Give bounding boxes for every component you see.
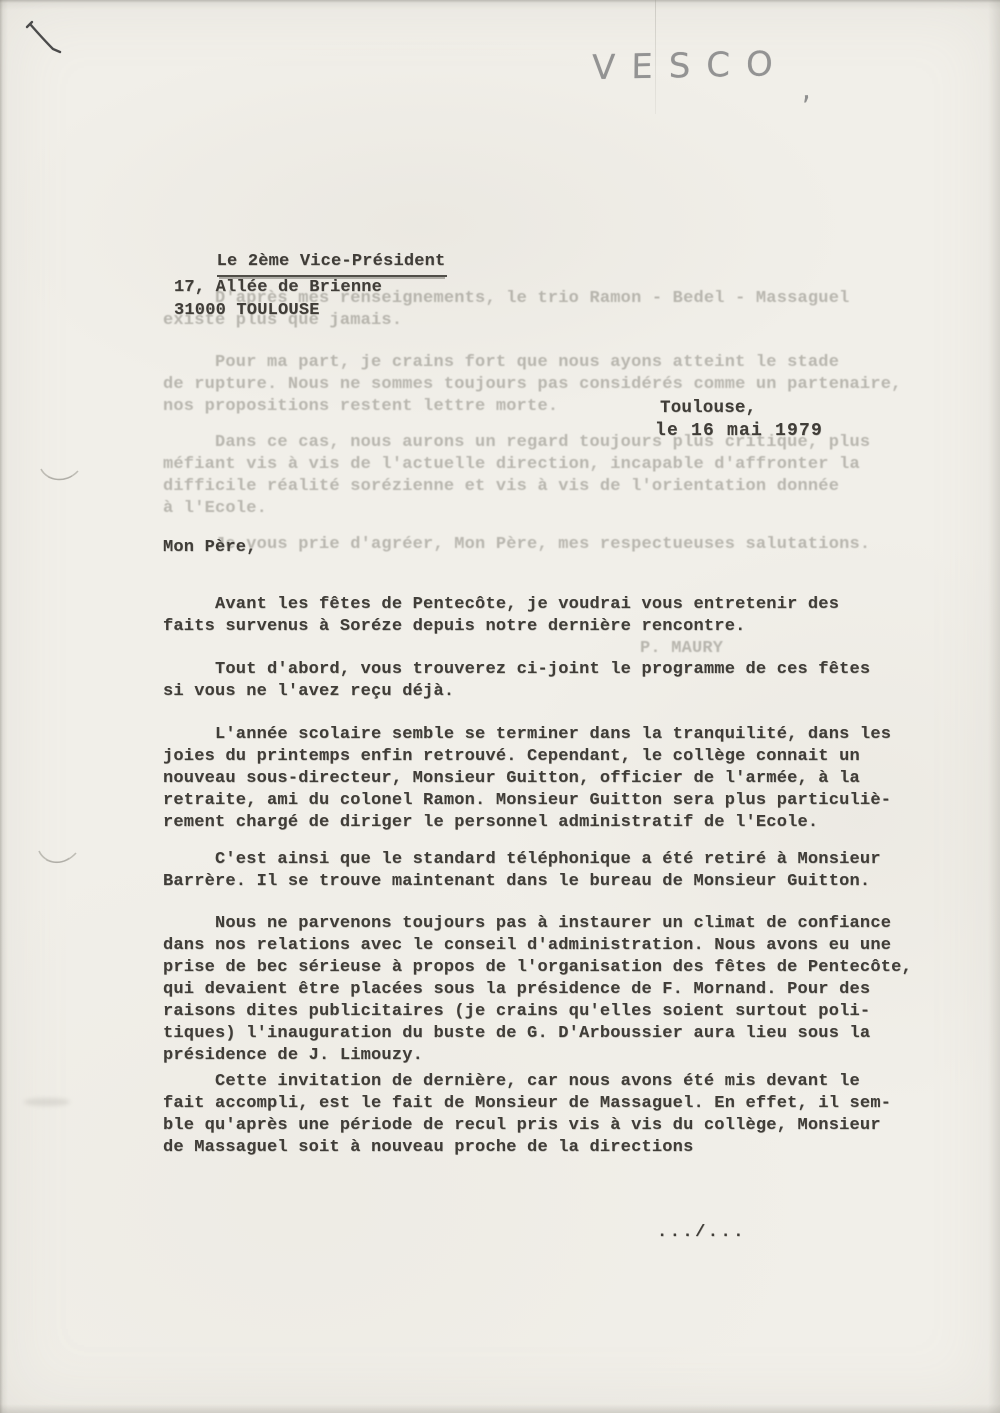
body-paragraph-5: Nous ne parvenons toujours pas à instaur… xyxy=(163,913,912,1067)
punch-hole-mark xyxy=(36,845,80,871)
body-paragraph-4: C'est ainsi que le standard téléphonique… xyxy=(163,849,881,893)
ghost-paragraph-rupture: Pour ma part, je crains fort que nous ay… xyxy=(163,352,902,418)
body-paragraph-6: Cette invitation de dernière, car nous a… xyxy=(163,1071,891,1159)
salutation: Mon Père, xyxy=(163,537,257,559)
dateline-date: le 16 mai 1979 xyxy=(655,420,823,442)
handwritten-annotation: VESCO xyxy=(592,44,789,88)
punch-hole-mark xyxy=(38,462,82,488)
handwritten-comma: , xyxy=(800,72,812,108)
ghost-paragraph-regard-critique: Dans ce cas, nous aurons un regard toujo… xyxy=(163,432,870,520)
ghost-signature: P. MAURY xyxy=(640,638,723,660)
body-paragraph-1: Avant les fêtes de Pentecôte, je voudrai… xyxy=(163,594,839,638)
ghost-closing-formula: Je vous prie d'agréer, Mon Père, mes res… xyxy=(163,534,870,556)
continuation-mark: .../... xyxy=(657,1222,746,1244)
dateline-city: Toulouse, xyxy=(660,397,756,419)
body-paragraph-2: Tout d'abord, vous trouverez ci-joint le… xyxy=(163,659,870,703)
sender-address: 17, Allée de Brienne 31000 TOULOUSE xyxy=(174,276,382,322)
paper-smudge xyxy=(24,1098,70,1106)
staple-mark xyxy=(22,18,68,60)
body-paragraph-3: L'année scolaire semble se terminer dans… xyxy=(163,724,891,834)
sender-title-text: Le 2ème Vice-Président xyxy=(217,251,448,277)
scanned-letter-page: D'après mes renseignements, le trio Ramo… xyxy=(0,0,1000,1413)
